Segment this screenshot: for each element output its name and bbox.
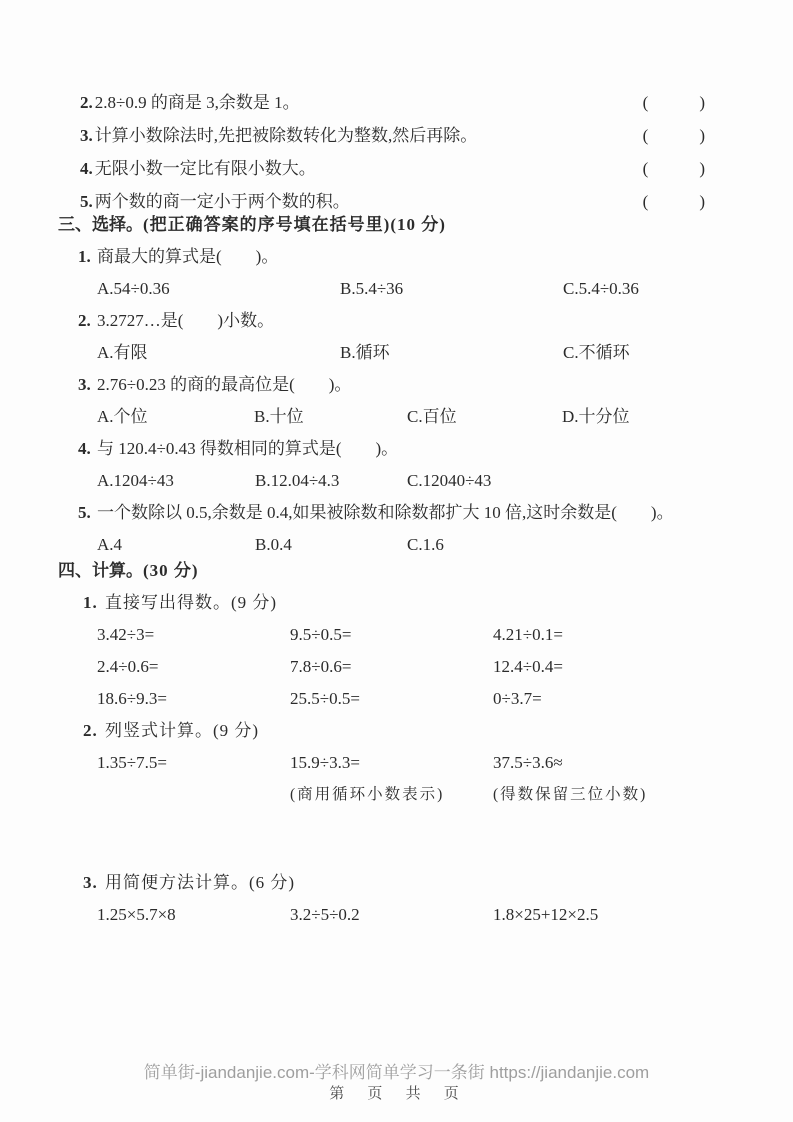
answer-bracket: ( ) <box>643 191 705 213</box>
item-text: 2.8÷0.9 的商是 3,余数是 1。 <box>95 92 631 114</box>
question-text: 商最大的算式是( )。 <box>97 247 278 266</box>
judgment-section: 2. 2.8÷0.9 的商是 3,余数是 1。 ( ) 3. 计算小数除法时,先… <box>0 92 793 224</box>
calc-section-title: 四、计算。(30 分) <box>0 560 793 592</box>
direct-calc-row: 2.4÷0.6= 7.8÷0.6= 12.4÷0.4= <box>0 656 793 688</box>
calc-note: (得数保留三位小数) <box>493 784 793 816</box>
question-text: 3.2727…是( )小数。 <box>97 311 274 330</box>
answer-bracket: ( ) <box>643 92 705 114</box>
choice-question: 2. 3.2727…是( )小数。 <box>0 310 793 342</box>
calc-problem: 3.2÷5÷0.2 <box>290 904 493 936</box>
choice-options: A.54÷0.36 B.5.4÷36 C.5.4÷0.36 <box>0 278 793 310</box>
question-number: 1. <box>78 247 91 266</box>
option: A.个位 <box>97 406 254 438</box>
item-number: 5. <box>80 191 93 213</box>
calc-note <box>97 784 290 816</box>
calc-simple-block: 3. 用简便方法计算。(6 分) 1.25×5.7×8 3.2÷5÷0.2 1.… <box>0 872 793 936</box>
choice-options: A.个位 B.十位 C.百位 D.十分位 <box>0 406 793 438</box>
question-text: 与 120.4÷0.43 得数相同的算式是( )。 <box>97 439 398 458</box>
calc-problem: 4.21÷0.1= <box>493 624 793 656</box>
option: D.十分位 <box>562 406 793 438</box>
option: C.12040÷43 <box>407 470 793 502</box>
choice-options: A.有限 B.循环 C.不循环 <box>0 342 793 374</box>
option: B.十位 <box>254 406 407 438</box>
calc-section: 四、计算。(30 分) 1. 直接写出得数。(9 分) 3.42÷3= 9.5÷… <box>0 560 793 936</box>
calc-problem: 1.25×5.7×8 <box>97 904 290 936</box>
calc-simple-title: 3. 用简便方法计算。(6 分) <box>0 872 793 904</box>
option: C.不循环 <box>563 342 793 374</box>
direct-calc-row: 18.6÷9.3= 25.5÷0.5= 0÷3.7= <box>0 688 793 720</box>
subsection-title-text: 用简便方法计算。(6 分) <box>105 873 295 892</box>
subsection-number: 2. <box>83 721 98 740</box>
calc-problem: 37.5÷3.6≈ <box>493 752 793 784</box>
page-footer: 简单街-jiandanjie.com-学科网简单学习一条街 https://ji… <box>0 1062 793 1104</box>
choice-question: 4. 与 120.4÷0.43 得数相同的算式是( )。 <box>0 438 793 470</box>
item-number: 4. <box>80 158 93 180</box>
option: B.循环 <box>340 342 563 374</box>
calc-problem: 9.5÷0.5= <box>290 624 493 656</box>
calc-problem: 1.35÷7.5= <box>97 752 290 784</box>
question-number: 2. <box>78 311 91 330</box>
item-text: 两个数的商一定小于两个数的积。 <box>95 191 631 213</box>
calc-problem: 2.4÷0.6= <box>97 656 290 688</box>
footer-site-text: 简单街-jiandanjie.com-学科网简单学习一条街 https://ji… <box>0 1062 793 1084</box>
judgment-item: 3. 计算小数除法时,先把被除数转化为整数,然后再除。 ( ) <box>0 125 793 158</box>
calc-problem: 12.4÷0.4= <box>493 656 793 688</box>
answer-bracket: ( ) <box>643 158 705 180</box>
judgment-item: 4. 无限小数一定比有限小数大。 ( ) <box>0 158 793 191</box>
question-number: 3. <box>78 375 91 394</box>
calc-problem: 18.6÷9.3= <box>97 688 290 720</box>
calc-problem: 7.8÷0.6= <box>290 656 493 688</box>
item-text: 无限小数一定比有限小数大。 <box>95 158 631 180</box>
vertical-calc-notes: (商用循环小数表示) (得数保留三位小数) <box>0 784 793 816</box>
choice-question: 5. 一个数除以 0.5,余数是 0.4,如果被除数和除数都扩大 10 倍,这时… <box>0 502 793 534</box>
choice-section-title: 三、选择。(把正确答案的序号填在括号里)(10 分) <box>0 214 793 246</box>
choice-options: A.1204÷43 B.12.04÷4.3 C.12040÷43 <box>0 470 793 502</box>
calc-direct-title: 1. 直接写出得数。(9 分) <box>0 592 793 624</box>
calc-problem: 0÷3.7= <box>493 688 793 720</box>
option: B.5.4÷36 <box>340 278 563 310</box>
exam-page: 2. 2.8÷0.9 的商是 3,余数是 1。 ( ) 3. 计算小数除法时,先… <box>0 0 793 1122</box>
calc-problem: 15.9÷3.3= <box>290 752 493 784</box>
option: A.1204÷43 <box>97 470 255 502</box>
choice-question: 3. 2.76÷0.23 的商的最高位是( )。 <box>0 374 793 406</box>
item-text: 计算小数除法时,先把被除数转化为整数,然后再除。 <box>95 125 631 147</box>
option: B.12.04÷4.3 <box>255 470 407 502</box>
subsection-number: 1. <box>83 593 98 612</box>
calc-problem: 25.5÷0.5= <box>290 688 493 720</box>
calc-problem: 1.8×25+12×2.5 <box>493 904 793 936</box>
choice-section: 三、选择。(把正确答案的序号填在括号里)(10 分) 1. 商最大的算式是( )… <box>0 214 793 566</box>
question-text: 一个数除以 0.5,余数是 0.4,如果被除数和除数都扩大 10 倍,这时余数是… <box>97 503 674 522</box>
section-title-text: 四、计算。 <box>58 561 143 580</box>
footer-page-indicator: 第 页 共 页 <box>0 1084 793 1104</box>
subsection-title-text: 直接写出得数。(9 分) <box>105 593 277 612</box>
subsection-title-text: 列竖式计算。(9 分) <box>105 721 259 740</box>
question-text: 2.76÷0.23 的商的最高位是( )。 <box>97 375 351 394</box>
section-title-note: (把正确答案的序号填在括号里)(10 分) <box>143 215 446 234</box>
question-number: 4. <box>78 439 91 458</box>
direct-calc-row: 3.42÷3= 9.5÷0.5= 4.21÷0.1= <box>0 624 793 656</box>
choice-question: 1. 商最大的算式是( )。 <box>0 246 793 278</box>
section-title-text: 三、选择。 <box>58 215 143 234</box>
judgment-item: 2. 2.8÷0.9 的商是 3,余数是 1。 ( ) <box>0 92 793 125</box>
simple-calc-row: 1.25×5.7×8 3.2÷5÷0.2 1.8×25+12×2.5 <box>0 904 793 936</box>
section-title-note: (30 分) <box>143 561 199 580</box>
subsection-number: 3. <box>83 873 98 892</box>
answer-bracket: ( ) <box>643 125 705 147</box>
calc-note: (商用循环小数表示) <box>290 784 493 816</box>
vertical-calc-row: 1.35÷7.5= 15.9÷3.3= 37.5÷3.6≈ <box>0 752 793 784</box>
question-number: 5. <box>78 503 91 522</box>
option: A.54÷0.36 <box>97 278 340 310</box>
option: A.有限 <box>97 342 340 374</box>
calc-vertical-title: 2. 列竖式计算。(9 分) <box>0 720 793 752</box>
item-number: 2. <box>80 92 93 114</box>
option: C.百位 <box>407 406 562 438</box>
calc-problem: 3.42÷3= <box>97 624 290 656</box>
option: C.5.4÷0.36 <box>563 278 793 310</box>
item-number: 3. <box>80 125 93 147</box>
